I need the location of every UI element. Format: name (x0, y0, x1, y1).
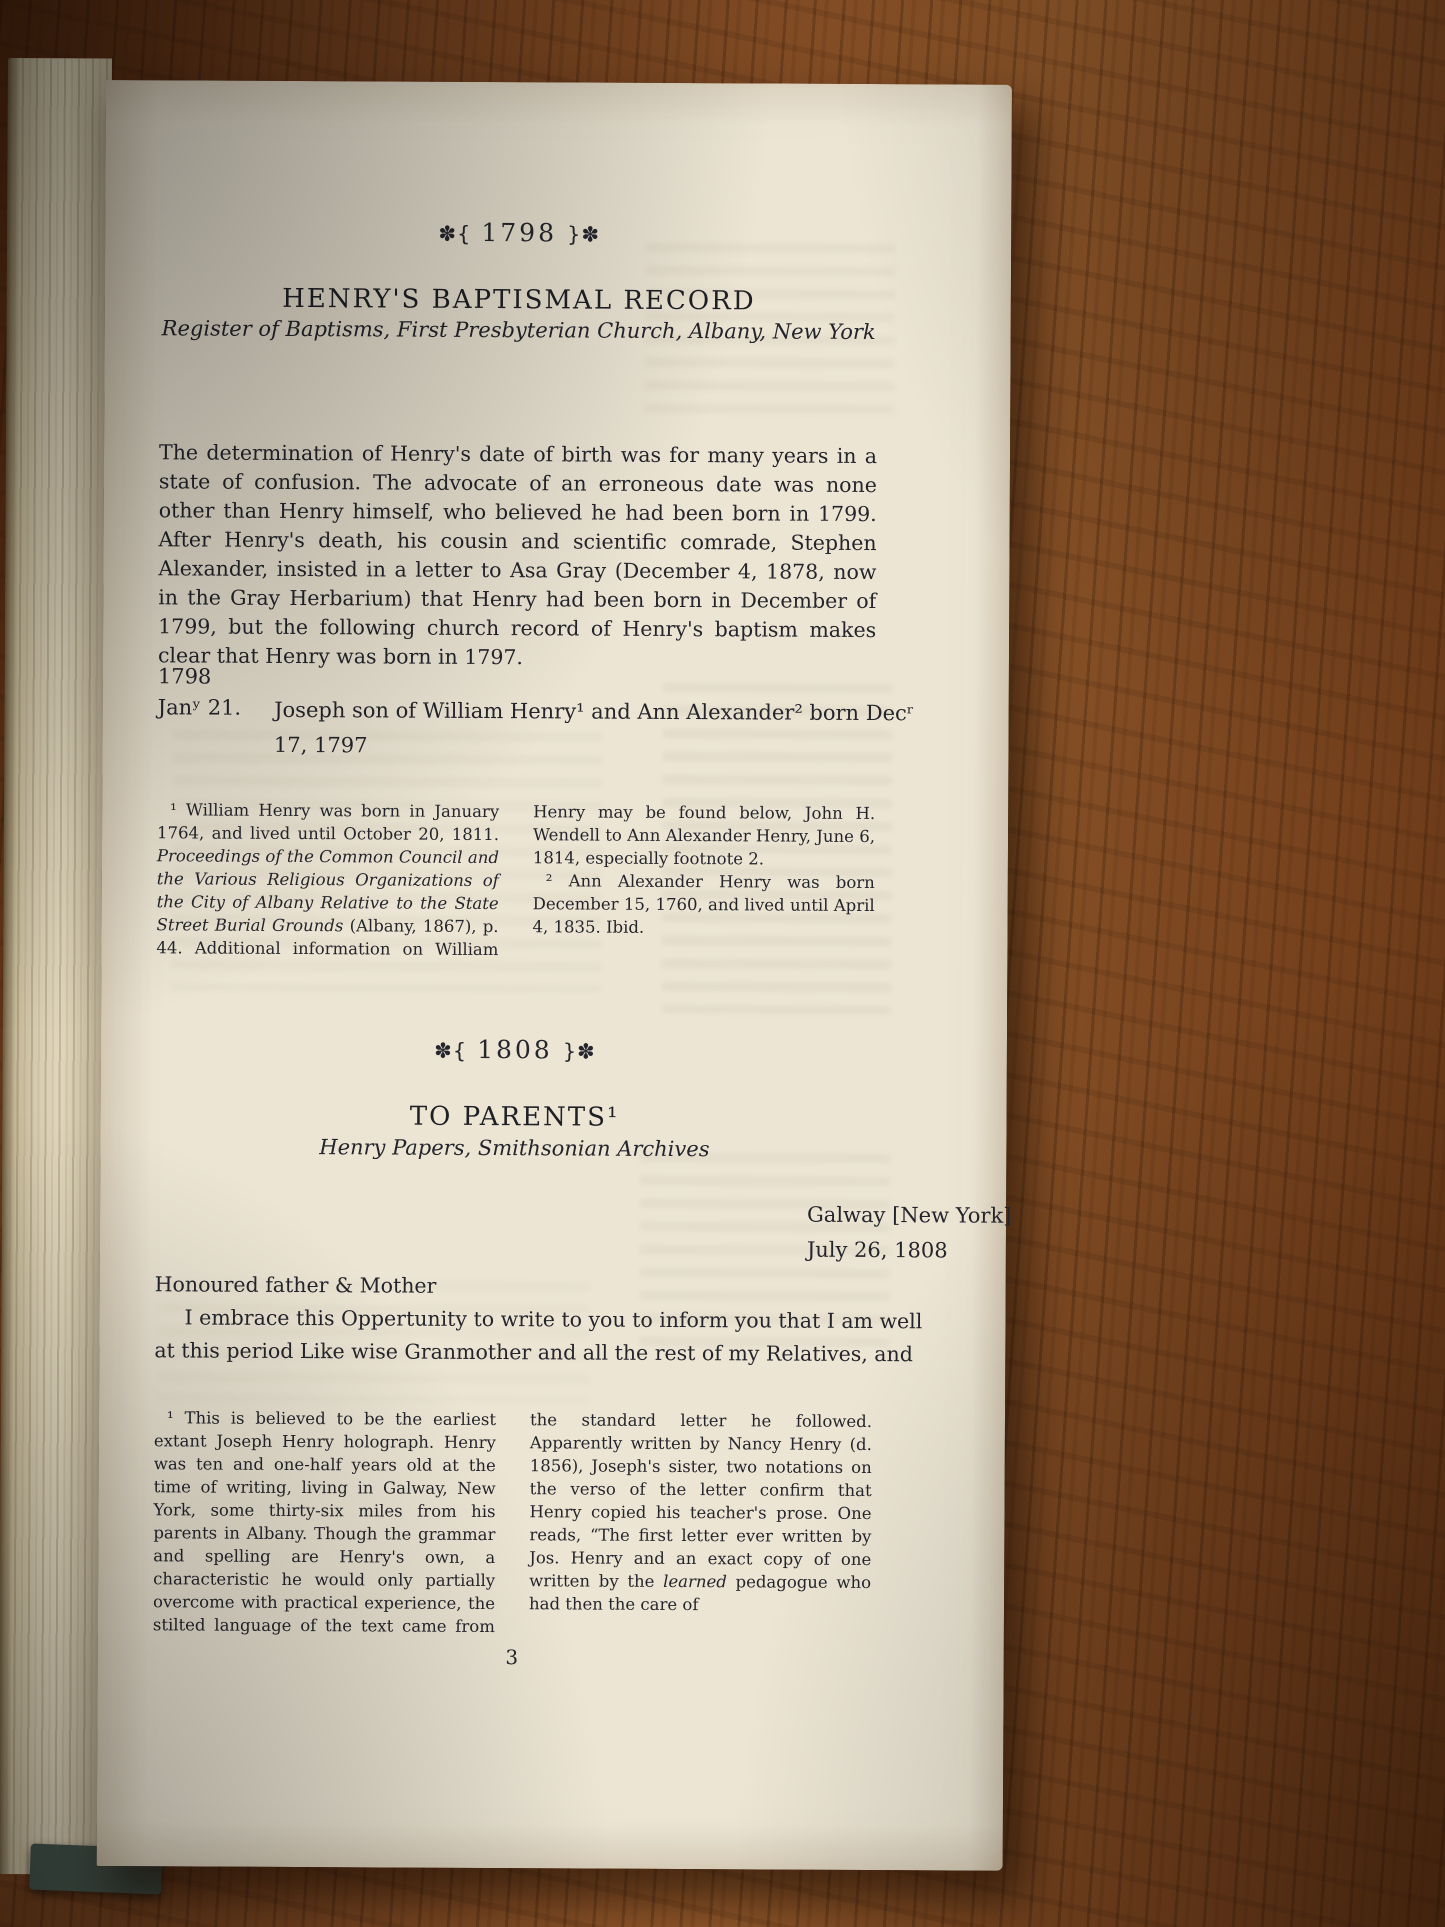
dateline-place: Galway [New York] (807, 1198, 1012, 1234)
source-line-henry-papers: Henry Papers, Smithsonian Archives (155, 1134, 873, 1162)
record-entry-line-1: Joseph son of William Henry¹ and Ann Ale… (274, 693, 914, 731)
footnotes-baptismal: ¹ William Henry was born in January 1764… (156, 798, 875, 963)
fleuron-right-icon: }✽ (563, 1039, 596, 1063)
record-day: Janʸ 21. (158, 692, 242, 723)
footnote-2: ² Ann Alexander Henry was born December … (533, 869, 875, 940)
source-line-baptismal: Register of Baptisms, First Presbyterian… (160, 316, 878, 344)
page-number: 3 (153, 1643, 871, 1671)
footnote-1-to-parents: ¹ This is believed to be the earliest ex… (153, 1406, 872, 1638)
book-photo: { "colors": { "paper": "#ece5d4", "ink":… (0, 0, 1445, 1927)
record-entry-line-2: 17, 1797 (274, 728, 914, 766)
year-ornament-1798: ✽{1798}✽ (160, 216, 878, 249)
fleuron-left-icon: ✽{ (438, 222, 471, 246)
letter-salutation: Honoured father & Mother (155, 1272, 873, 1300)
letter-dateline: Galway [New York] July 26, 1808 (807, 1198, 1012, 1269)
editorial-intro-paragraph: The determination of Henry's date of bir… (158, 438, 877, 674)
book-page-edges (0, 58, 112, 1875)
section-heading-to-parents: TO PARENTS¹ (156, 1100, 874, 1134)
baptismal-record-entry: 1798 Janʸ 21. Joseph son of William Henr… (157, 661, 876, 769)
year-ornament-1808: ✽{1808}✽ (156, 1033, 874, 1066)
book-page: ✽{1798}✽ HENRY'S BAPTISMAL RECORD Regist… (97, 80, 1012, 1871)
ornament-year: 1798 (471, 218, 567, 248)
section-heading-baptismal-record: HENRY'S BAPTISMAL RECORD (160, 283, 878, 317)
letter-body-line-2: at this period Like wise Granmother and … (154, 1338, 872, 1366)
dateline-date: July 26, 1808 (807, 1233, 1012, 1269)
footnotes-to-parents: ¹ This is believed to be the earliest ex… (153, 1406, 872, 1640)
record-year: 1798 (158, 661, 242, 692)
record-entry-text: Joseph son of William Henry¹ and Ann Ale… (241, 662, 915, 770)
fleuron-right-icon: }✽ (567, 222, 600, 246)
fleuron-left-icon: ✽{ (434, 1039, 467, 1063)
record-date-column: 1798 Janʸ 21. (157, 661, 241, 765)
ornament-year: 1808 (467, 1035, 563, 1065)
letter-body-line-1: I embrace this Oppertunity to write to y… (154, 1305, 872, 1333)
